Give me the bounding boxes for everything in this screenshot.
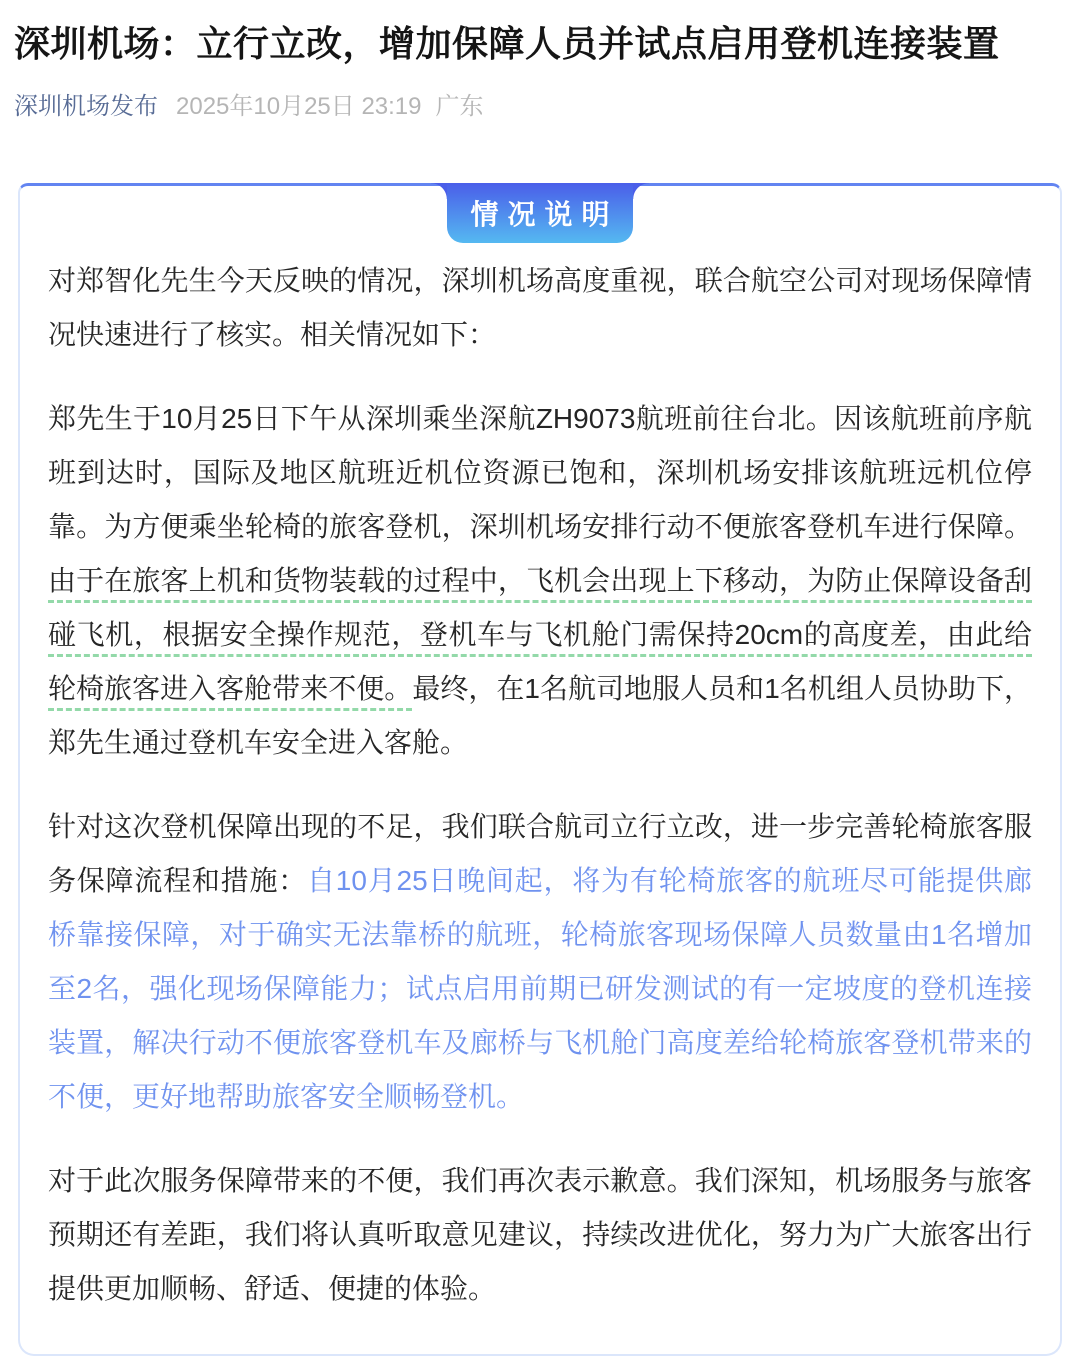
- statement-badge: 情况说明: [447, 183, 633, 243]
- source-account-link[interactable]: 深圳机场发布: [14, 86, 158, 121]
- article-title: 深圳机场：立行立改，增加保障人员并试点启用登机连接装置: [14, 18, 1066, 70]
- paragraph: 郑先生于10月25日下午从深圳乘坐深航ZH9073航班前往台北。因该航班前序航班…: [48, 392, 1032, 770]
- body-text: 对于此次服务保障带来的不便，我们再次表示歉意。我们深知，机场服务与旅客预期还有差…: [48, 1165, 1032, 1304]
- paragraph: 对于此次服务保障带来的不便，我们再次表示歉意。我们深知，机场服务与旅客预期还有差…: [48, 1154, 1032, 1316]
- paragraph: 针对这次登机保障出现的不足，我们联合航司立行立改，进一步完善轮椅旅客服务保障流程…: [48, 800, 1032, 1124]
- publish-datetime: 2025年10月25日 23:19: [176, 86, 422, 121]
- body-text: 郑先生于10月25日下午从深圳乘坐深航ZH9073航班前往台北。因该航班前序航班…: [48, 403, 1032, 542]
- byline: 深圳机场发布 2025年10月25日 23:19 广东: [14, 86, 1066, 121]
- card-paragraphs: 对郑智化先生今天反映的情况，深圳机场高度重视，联合航空公司对现场保障情况快速进行…: [48, 254, 1032, 1316]
- statement-card: 情况说明 对郑智化先生今天反映的情况，深圳机场高度重视，联合航空公司对现场保障情…: [18, 183, 1062, 1356]
- paragraph: 对郑智化先生今天反映的情况，深圳机场高度重视，联合航空公司对现场保障情况快速进行…: [48, 254, 1032, 362]
- body-text: 对郑智化先生今天反映的情况，深圳机场高度重视，联合航空公司对现场保障情况快速进行…: [48, 265, 1032, 350]
- article-header: 深圳机场：立行立改，增加保障人员并试点启用登机连接装置 深圳机场发布 2025年…: [0, 0, 1080, 121]
- publish-location: 广东: [436, 86, 484, 121]
- highlight-blue-text: 自10月25日晚间起，将为有轮椅旅客的航班尽可能提供廊桥靠接保障，对于确实无法靠…: [48, 865, 1032, 1112]
